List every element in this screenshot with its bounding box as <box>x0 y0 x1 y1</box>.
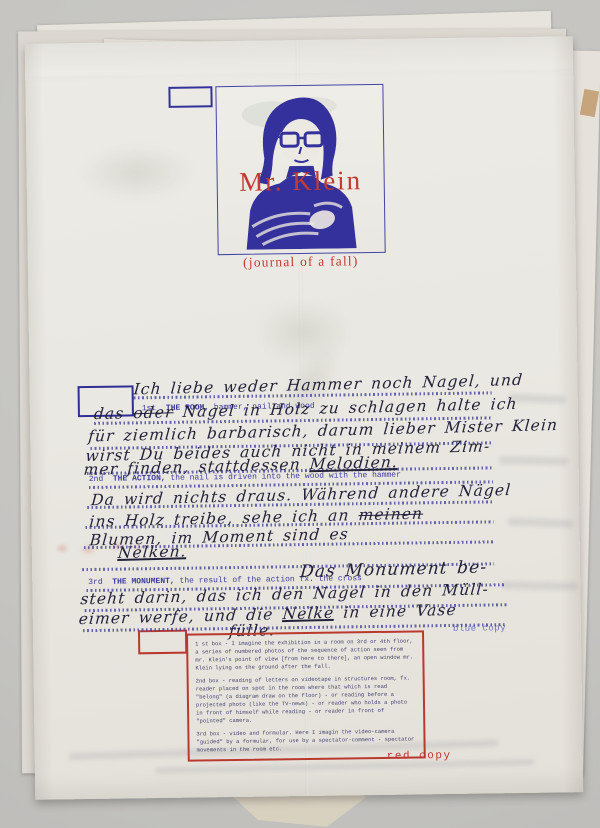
bleedthrough-writing-right-2 <box>499 456 569 465</box>
red-box-paragraph-1: 1 st box - I imagine the exhibition in a… <box>195 637 415 672</box>
photo-scene: Mr. Klein (journal of a fall) 1st THE RO… <box>0 0 600 828</box>
red-box-paragraph-3: 3rd box - video and formular. Here I ima… <box>196 727 416 754</box>
bleedthrough-writing-right-3 <box>507 517 573 528</box>
portrait-frame: Mr. Klein <box>215 84 385 255</box>
ghost-smudge-top-left <box>56 131 217 213</box>
red-notes-box: 1 st box - I imagine the exhibition in a… <box>186 630 426 761</box>
handwriting-line: Nelken. <box>117 542 187 562</box>
section-3-name: THE MONUMENT, <box>112 577 175 587</box>
blue-stamp-box-header <box>168 86 212 108</box>
bleedthrough-writing-right-4 <box>500 581 578 591</box>
ghost-smudge-center <box>233 284 374 381</box>
red-box-paragraph-2: 2nd box - reading of letters on videotap… <box>196 674 417 725</box>
page-title: Mr. Klein <box>217 165 383 198</box>
handwriting-inline-start: Das Monument be- <box>299 557 488 582</box>
red-stamp-box <box>138 630 187 655</box>
paper-sheet: Mr. Klein (journal of a fall) 1st THE RO… <box>25 36 584 800</box>
section-3-num: 3rd <box>88 578 103 587</box>
page-subtitle: (journal of a fall) <box>218 253 384 271</box>
bleedthrough-writing-bottom-2 <box>155 759 535 774</box>
